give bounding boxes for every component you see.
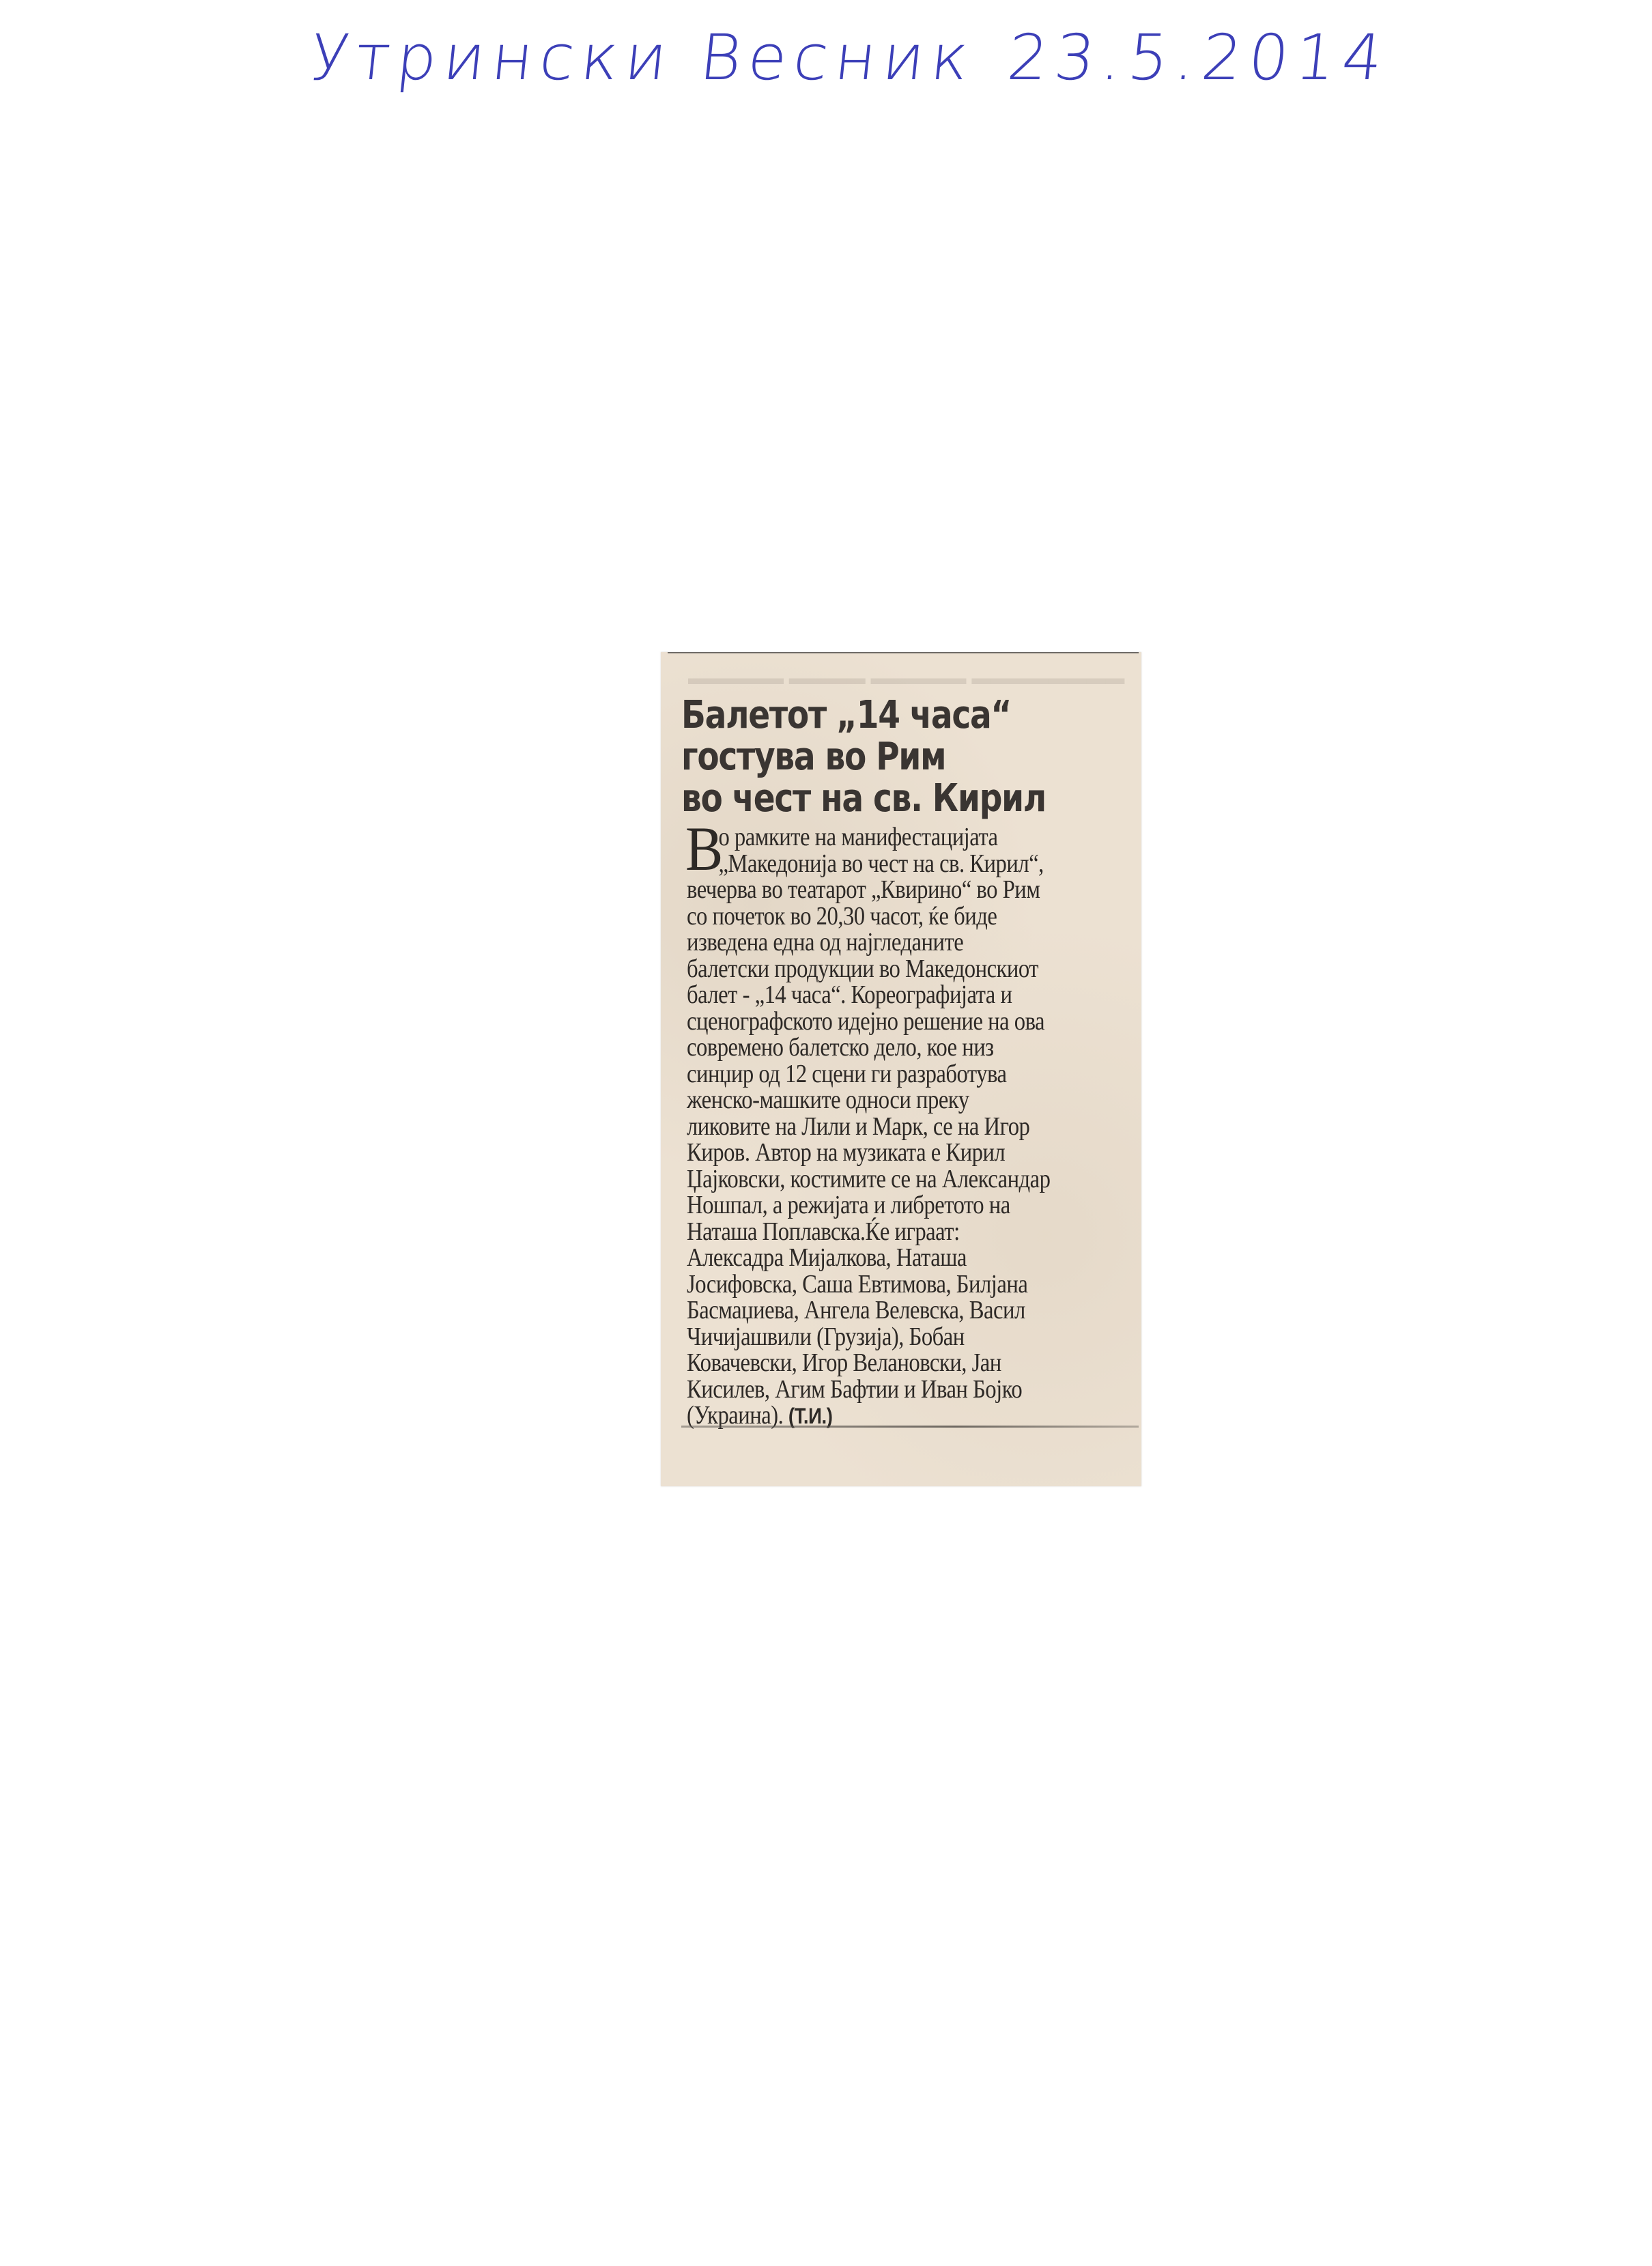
body-line: Киров. Автор на музиката е Кирил [687,1139,1062,1166]
body-line: Кисилев, Агим Бафтии и Иван Бојко [687,1376,1062,1403]
author-initials: (Т.И.) [788,1404,833,1428]
article-headline: Балетот „14 часа“ гостува во Рим во чест… [681,694,1054,819]
body-line: Басмаџиева, Ангела Велевска, Васил [687,1297,1062,1324]
body-line: Алексадра Мијалкова, Наташа [687,1245,1062,1271]
body-line: Ковачевски, Игор Велановски, Јан [687,1350,1062,1376]
body-line: Чичијашвили (Грузија), Бобан [687,1324,1062,1350]
publication-date: 23.5.2014 [1004,21,1393,94]
headline-line: Балетот „14 часа“ [681,694,1054,736]
body-line: „Македонија во чест на св. Кирил“, [687,851,1062,877]
handwritten-annotation: Утрински Весник23.5.2014 [305,7,1272,109]
body-line: изведена една од најгледаните [687,929,1062,956]
top-rule [668,652,1139,653]
publication-name: Утрински Весник [307,21,979,94]
headline-line: гостува во Рим [681,736,1054,778]
body-line: женско-машките односи преку [687,1087,1062,1114]
body-line: современо балетско дело, кое низ [687,1034,1062,1061]
body-line: балет - „14 часа“. Кореографијата и [687,982,1062,1008]
body-line: вечерва во театарот „Квирино“ во Рим [687,877,1062,903]
body-line: балетски продукции во Македонскиот [687,956,1062,982]
body-line: Наташа Поплавска.Ќе играат: [687,1219,1062,1245]
article-body: В о рамките на манифестацијата „Македони… [687,824,1124,1430]
body-line: со почеток во 20,30 часот, ќе биде [687,903,1062,930]
headline-line: во чест на св. Кирил [681,778,1054,819]
newspaper-clipping: ▬▬▬▬▬ ▬▬▬▬ ▬▬▬▬▬ ▬▬▬▬▬▬▬▬ Балетот „14 ча… [661,652,1141,1486]
body-line: синџир од 12 сцени ги разработува [687,1061,1062,1088]
bottom-rule [681,1426,1139,1428]
body-line: Ношпал, а режијата и либретото на [687,1192,1062,1219]
body-line: Јосифовска, Саша Евтимова, Билјана [687,1271,1062,1298]
body-line: сценографското идејно решение на ова [687,1008,1062,1035]
bleed-through-text: ▬▬▬▬▬ ▬▬▬▬ ▬▬▬▬▬ ▬▬▬▬▬▬▬▬ [688,667,1125,694]
body-line: о рамките на манифестацијата [687,824,1062,851]
body-line: ликовите на Лили и Марк, се на Игор [687,1114,1062,1140]
body-line: Џајковски, костимите се на Александар [687,1166,1062,1193]
